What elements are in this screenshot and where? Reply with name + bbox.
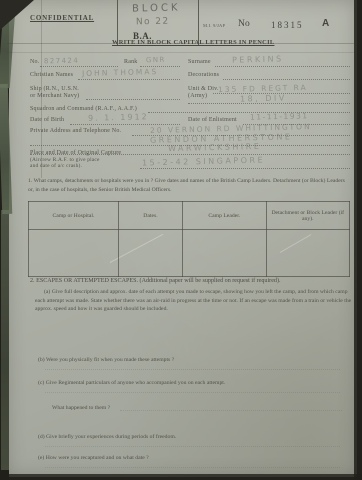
cell-detachment-leader[interactable] xyxy=(266,230,349,277)
question-1-text: 1. What camps, detachments or hospitals … xyxy=(28,177,352,194)
field-line-number[interactable] xyxy=(40,66,118,67)
answer-line-2d[interactable] xyxy=(45,446,340,447)
photo-edge-right xyxy=(354,0,362,480)
photo-edge-bottom xyxy=(0,474,362,480)
question-2c2-text: What happened to them ? xyxy=(52,404,252,413)
question-2-heading: 2. ESCAPES OR ATTEMPTED ESCAPES. (Additi… xyxy=(30,278,281,284)
field-line-capture[interactable] xyxy=(140,168,350,169)
answer-line-2c[interactable] xyxy=(45,392,340,393)
cell-camp-or-hospital[interactable] xyxy=(29,230,119,277)
camps-table-header-row: Camp or Hospital. Dates. Camp Leader. De… xyxy=(29,202,350,230)
ref-prefix: M.I. 9/JAP xyxy=(203,23,225,28)
stamp-pencil-number: No 22 xyxy=(136,17,170,28)
field-label-ship-2: or Merchant Navy) xyxy=(30,93,79,99)
form-instruction: WRITE IN BLOCK CAPITAL LETTERS IN PENCIL xyxy=(112,39,274,46)
field-label-squadron: Squadron and Command (R.A.F., A.A.F.) xyxy=(30,106,137,112)
field-label-dob: Date of Birth xyxy=(30,117,64,123)
ref-number: 18315 xyxy=(271,20,304,30)
cell-dates[interactable] xyxy=(118,230,182,277)
field-value-rank: GNR xyxy=(146,56,166,64)
ref-series-letter: A xyxy=(322,18,329,29)
answer-line-2e[interactable] xyxy=(45,467,340,468)
col-header-camp-or-hospital: Camp or Hospital. xyxy=(29,202,119,230)
field-value-unit-2: 18, DIV xyxy=(240,93,287,103)
field-label-ship-1: Ship (R.N., U.S.N. xyxy=(30,86,79,92)
col-header-camp-leader: Camp Leader. xyxy=(183,202,266,230)
question-2e-text: (e) How were you recaptured and on what … xyxy=(38,454,338,463)
answer-line-2c2[interactable] xyxy=(120,410,342,411)
scanned-pow-form-page: CONFIDENTIAL BLOCK No 22 B.A. M.I. 9/JAP… xyxy=(0,0,362,480)
field-line-decorations[interactable] xyxy=(223,79,350,80)
field-value-enlistment: 11-11-1931 xyxy=(250,111,309,121)
field-line-ship[interactable] xyxy=(86,99,180,100)
question-2a-text: (a) Give full description and approx. da… xyxy=(35,288,353,314)
answer-line-2b[interactable] xyxy=(45,369,340,370)
stamp-pencil-block: BLOCK xyxy=(132,2,181,14)
crease-line xyxy=(7,52,355,53)
field-line-christian-names[interactable] xyxy=(78,79,180,80)
cell-camp-leader[interactable] xyxy=(183,230,266,277)
field-label-capture-3: and date of a/c crash). xyxy=(30,163,82,169)
field-label-unit-2: (Army) xyxy=(188,93,207,99)
field-label-capture-1: Place and Date of Original Capture xyxy=(30,150,121,156)
field-label-decorations: Decorations xyxy=(188,72,219,78)
col-header-dates: Dates. xyxy=(118,202,182,230)
field-label-unit-1: Unit & Div. xyxy=(188,86,219,92)
field-label-number: No. xyxy=(30,59,39,65)
field-label-address: Private Address and Telephone No. xyxy=(30,128,121,134)
field-value-number: 827424 xyxy=(44,57,79,66)
field-value-dob: 9. 1. 1912 xyxy=(88,112,149,122)
col-header-detachment-leader: Detachment or Block Leader (if any). xyxy=(266,202,349,230)
camps-table-empty-row[interactable] xyxy=(29,230,350,277)
field-label-christian-names: Christian Names xyxy=(30,72,73,78)
field-label-rank: Rank xyxy=(124,59,137,65)
question-2d-text: (d) Give briefly your experiences during… xyxy=(38,433,338,442)
question-2b-text: (b) Were you physically fit when you mad… xyxy=(38,356,338,365)
field-label-enlistment: Date of Enlistment xyxy=(188,117,237,123)
field-value-christian-names: JOHN THOMAS xyxy=(82,67,158,78)
ref-no-label: No xyxy=(238,19,250,29)
field-value-surname: PERKINS xyxy=(232,54,284,64)
field-line-surname[interactable] xyxy=(215,66,350,67)
question-2c-text: (c) Give Regimental particulars of anyon… xyxy=(38,379,348,388)
camps-table: Camp or Hospital. Dates. Camp Leader. De… xyxy=(28,201,350,277)
field-label-surname: Surname xyxy=(188,59,211,65)
confidential-marking: CONFIDENTIAL xyxy=(30,14,94,22)
field-line-unit-2[interactable] xyxy=(188,103,350,104)
binding-tape-bottom xyxy=(1,210,9,470)
